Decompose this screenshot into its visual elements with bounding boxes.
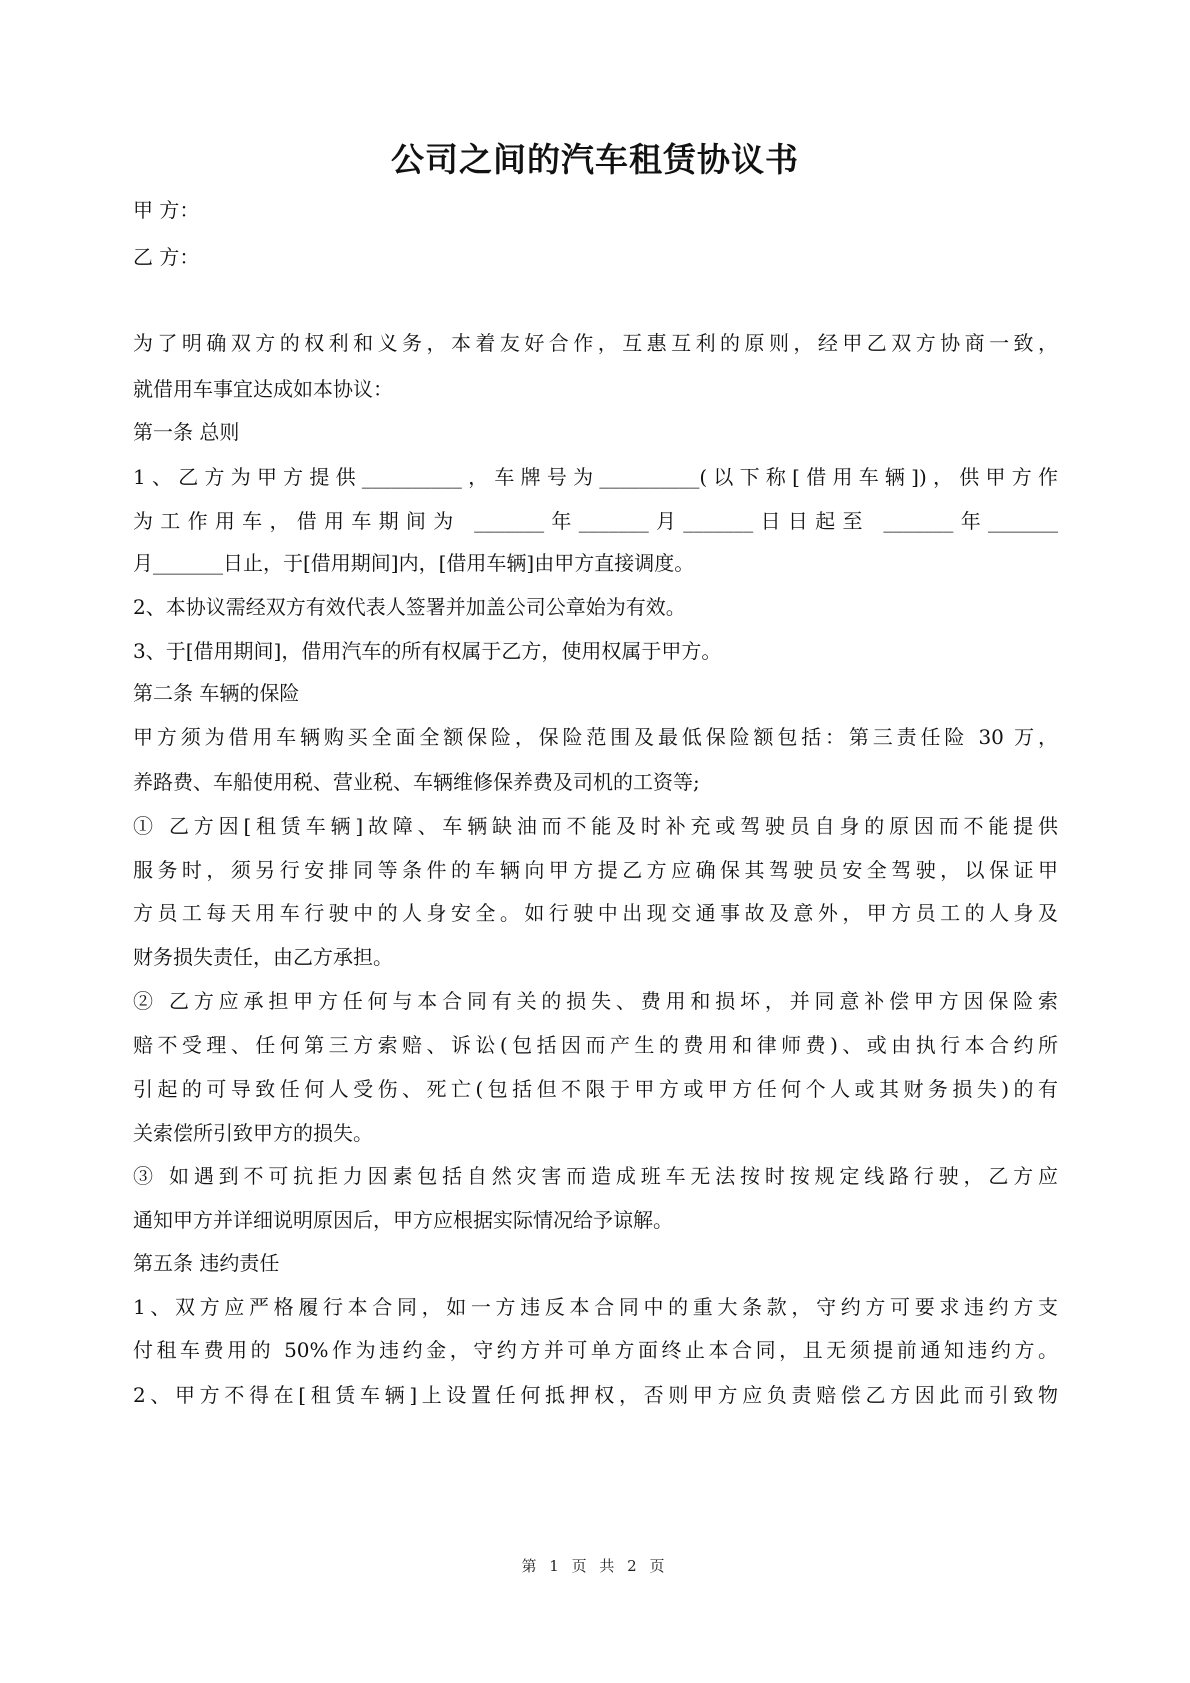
item-2-line-1: ② 乙方应承担甲方任何与本合同有关的损失、费用和损坏，并同意补偿甲方因保险索 <box>133 987 1058 1015</box>
item-3-line-1: ③ 如遇到不可抗拒力因素包括自然灾害而造成班车无法按时按规定线路行驶，乙方应 <box>133 1162 1058 1190</box>
party-a-label: 甲 方： <box>133 196 1058 224</box>
item-1-line-3: 方员工每天用车行驶中的人身安全。如行驶中出现交通事故及意外，甲方员工的人身及 <box>133 899 1058 927</box>
article-1-clause-2: 2、本协议需经双方有效代表人签署并加盖公司公章始为有效。 <box>133 593 1058 621</box>
preamble-line-1: 为了明确双方的权利和义务，本着友好合作，互惠互利的原则，经甲乙双方协商一致， <box>133 329 1058 357</box>
article-1-clause-1-line-3: 月_______日止，于[借用期间]内，[借用车辆]由甲方直接调度。 <box>133 549 1058 577</box>
document-title: 公司之间的汽车租赁协议书 <box>0 138 1190 182</box>
party-b-label: 乙 方： <box>133 243 1058 271</box>
article-1-clause-3: 3、于[借用期间]，借用汽车的所有权属于乙方，使用权属于甲方。 <box>133 637 1058 665</box>
item-1-line-4: 财务损失责任，由乙方承担。 <box>133 943 1058 971</box>
item-1-line-1: ① 乙方因[租赁车辆]故障、车辆缺油而不能及时补充或驾驶员自身的原因而不能提供 <box>133 812 1058 840</box>
item-2-line-2: 赔不受理、任何第三方索赔、诉讼(包括因而产生的费用和律师费)、或由执行本合约所 <box>133 1031 1058 1059</box>
article-1-clause-1-line-1: 1、乙方为甲方提供__________，车牌号为__________(以下称[借… <box>133 463 1058 491</box>
page-indicator: 第 1 页 共 2 页 <box>0 1555 1190 1576</box>
article-5-heading: 第五条 违约责任 <box>133 1249 1058 1277</box>
article-2-body-line-2: 养路费、车船使用税、营业税、车辆维修保养费及司机的工资等; <box>133 768 1058 796</box>
article-5-clause-1-line-1: 1、双方应严格履行本合同，如一方违反本合同中的重大条款，守约方可要求违约方支 <box>133 1293 1058 1321</box>
article-1-heading: 第一条 总则 <box>133 418 1058 446</box>
item-1-line-2: 服务时，须另行安排同等条件的车辆向甲方提乙方应确保其驾驶员安全驾驶，以保证甲 <box>133 856 1058 884</box>
item-2-line-4: 关索偿所引致甲方的损失。 <box>133 1119 1058 1147</box>
article-5-clause-2-line-1: 2、甲方不得在[租赁车辆]上设置任何抵押权，否则甲方应负责赔偿乙方因此而引致物 <box>133 1381 1058 1409</box>
article-2-body-line-1: 甲方须为借用车辆购买全面全额保险，保险范围及最低保险额包括：第三责任险 30 万… <box>133 723 1058 751</box>
preamble-line-2: 就借用车事宜达成如本协议： <box>133 375 1058 403</box>
article-5-clause-1-line-2: 付租车费用的 50%作为违约金，守约方并可单方面终止本合同，且无须提前通知违约方… <box>133 1336 1058 1364</box>
article-1-clause-1-line-2: 为工作用车，借用车期间为 _______年_______月_______日日起至… <box>133 507 1058 535</box>
item-3-line-2: 通知甲方并详细说明原因后，甲方应根据实际情况给予谅解。 <box>133 1206 1058 1234</box>
article-2-heading: 第二条 车辆的保险 <box>133 679 1058 707</box>
item-2-line-3: 引起的可导致任何人受伤、死亡(包括但不限于甲方或甲方任何个人或其财务损失)的有 <box>133 1075 1058 1103</box>
